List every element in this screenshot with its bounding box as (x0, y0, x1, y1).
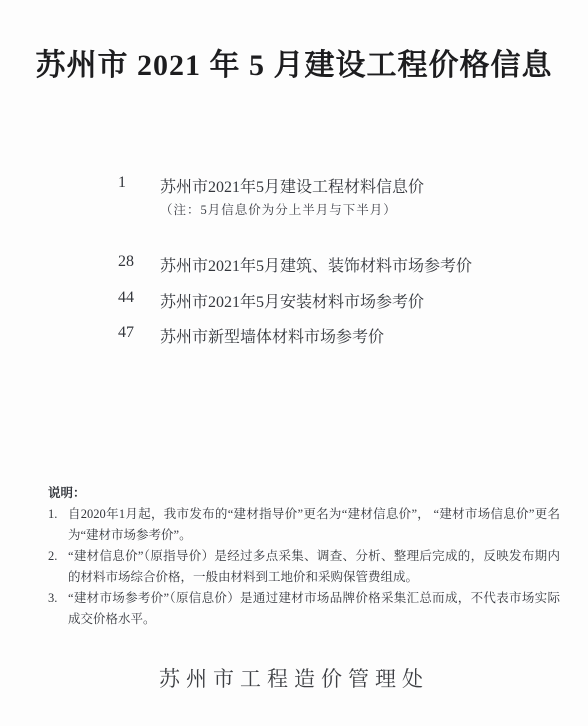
document-page: 苏州市 2021 年 5 月建设工程价格信息 1 苏州市2021年5月建设工程材… (0, 0, 588, 726)
toc-entry: 1 苏州市2021年5月建设工程材料信息价 (118, 174, 424, 197)
footer-organization: 苏州市工程造价管理处 (0, 663, 588, 693)
toc-page-number: 44 (118, 289, 160, 312)
note-item: 2. “建材信息价”（原指导价）是经过多点采集、调查、分析、整理后完成的，反映发… (48, 546, 560, 588)
notes-section: 说明： 1. 自2020年1月起，我市发布的“建材指导价”更名为“建材信息价”，… (48, 483, 560, 630)
notes-heading: 说明： (48, 483, 560, 504)
toc-entry: 28 苏州市2021年5月建筑、装饰材料市场参考价 (118, 253, 472, 276)
note-item: 1. 自2020年1月起，我市发布的“建材指导价”更名为“建材信息价”， “建材… (48, 504, 560, 546)
toc-entry: 47 苏州市新型墙体材料市场参考价 (118, 324, 384, 347)
note-text: 自2020年1月起，我市发布的“建材指导价”更名为“建材信息价”， “建材市场信… (68, 504, 560, 546)
toc-entry-note: （注：5月信息价为分上半月与下半月） (160, 200, 397, 218)
toc-entry-title: 苏州市新型墙体材料市场参考价 (160, 324, 384, 347)
note-number: 3. (48, 588, 68, 630)
note-text: “建材市场参考价”（原信息价）是通过建材市场品牌价格采集汇总而成，不代表市场实际… (68, 588, 560, 630)
toc-entry-title: 苏州市2021年5月建设工程材料信息价 (160, 174, 424, 197)
note-text: “建材信息价”（原指导价）是经过多点采集、调查、分析、整理后完成的，反映发布期内… (68, 546, 560, 588)
toc-page-number: 28 (118, 253, 160, 276)
toc-page-number: 47 (118, 324, 160, 347)
page-title: 苏州市 2021 年 5 月建设工程价格信息 (0, 40, 588, 84)
toc-entry: 44 苏州市2021年5月安装材料市场参考价 (118, 289, 424, 312)
note-number: 2. (48, 546, 68, 588)
toc-page-number: 1 (118, 174, 160, 197)
note-number: 1. (48, 504, 68, 546)
toc-entry-title: 苏州市2021年5月安装材料市场参考价 (160, 289, 424, 312)
note-item: 3. “建材市场参考价”（原信息价）是通过建材市场品牌价格采集汇总而成，不代表市… (48, 588, 560, 630)
toc-entry-title: 苏州市2021年5月建筑、装饰材料市场参考价 (160, 253, 472, 276)
